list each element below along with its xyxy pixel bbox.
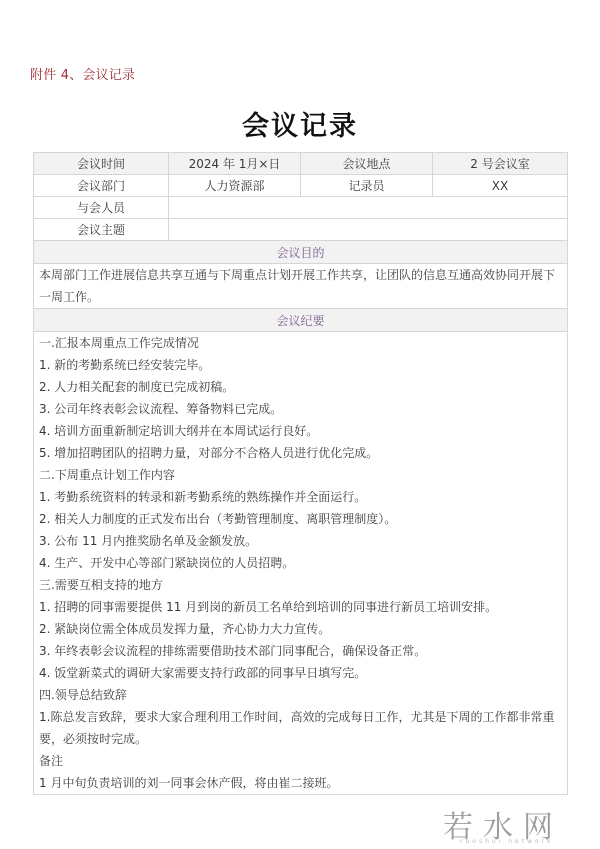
document-title: 会议记录 <box>0 104 600 143</box>
location-label: 会议地点 <box>301 153 433 175</box>
purpose-content-row: 本周部门工作进展信息共享互通与下周重点计划开展工作共享，让团队的信息互通高效协同… <box>34 264 568 309</box>
meeting-time-label: 会议时间 <box>34 153 169 175</box>
topic-label: 会议主题 <box>34 219 169 241</box>
list-item: 1. 考勤系统资料的转录和新考勤系统的熟练操作并全面运行。 <box>39 486 562 508</box>
notes-text: 1 月中旬负责培训的刘一同事会休产假，将由崔二接班。 <box>39 772 562 794</box>
department-value: 人力资源部 <box>169 175 301 197</box>
info-row-attendees: 与会人员 <box>34 197 568 219</box>
list-item: 3. 公司年终表彰会议流程、筹备物料已完成。 <box>39 398 562 420</box>
list-item: 3. 年终表彰会议流程的排练需要借助技术部门同事配合，确保设备正常。 <box>39 640 562 662</box>
section-title: 四.领导总结致辞 <box>39 684 562 706</box>
document-page: 附件 4、会议记录 会议记录 会议时间 2024 年 1月×日 会议地点 2 号… <box>0 0 600 849</box>
purpose-header-row: 会议目的 <box>34 241 568 264</box>
notes-label: 备注 <box>39 750 562 772</box>
list-item: 1. 招聘的同事需要提供 11 月到岗的新员工名单给到培训的同事进行新员工培训安… <box>39 596 562 618</box>
list-item: 4. 饭堂新菜式的调研大家需要支持行政部的同事早日填写完。 <box>39 662 562 684</box>
info-row-topic: 会议主题 <box>34 219 568 241</box>
meeting-record-table: 会议时间 2024 年 1月×日 会议地点 2 号会议室 会议部门 人力资源部 … <box>33 152 568 795</box>
purpose-text-cell: 本周部门工作进展信息共享互通与下周重点计划开展工作共享，让团队的信息互通高效协同… <box>34 264 568 309</box>
minutes-header: 会议纪要 <box>34 309 568 332</box>
minutes-text-cell: 一.汇报本周重点工作完成情况 1. 新的考勤系统已经安装完毕。 2. 人力相关配… <box>34 332 568 795</box>
minutes-header-row: 会议纪要 <box>34 309 568 332</box>
attendees-label: 与会人员 <box>34 197 169 219</box>
topic-value <box>169 219 568 241</box>
minutes-content-row: 一.汇报本周重点工作完成情况 1. 新的考勤系统已经安装完毕。 2. 人力相关配… <box>34 332 568 795</box>
recorder-label: 记录员 <box>301 175 433 197</box>
info-row-time-location: 会议时间 2024 年 1月×日 会议地点 2 号会议室 <box>34 153 568 175</box>
info-row-department-recorder: 会议部门 人力资源部 记录员 XX <box>34 175 568 197</box>
list-item: 4. 生产、开发中心等部门紧缺岗位的人员招聘。 <box>39 552 562 574</box>
list-item: 3. 公布 11 月内推奖励名单及金额发放。 <box>39 530 562 552</box>
purpose-text: 本周部门工作进展信息共享互通与下周重点计划开展工作共享，让团队的信息互通高效协同… <box>39 264 562 308</box>
list-item: 2. 紧缺岗位需全体成员发挥力量，齐心协力大力宣传。 <box>39 618 562 640</box>
attendees-value <box>169 197 568 219</box>
list-item: 2. 人力相关配套的制度已完成初稿。 <box>39 376 562 398</box>
recorder-value: XX <box>433 175 568 197</box>
meeting-time-value: 2024 年 1月×日 <box>169 153 301 175</box>
location-value: 2 号会议室 <box>433 153 568 175</box>
purpose-header: 会议目的 <box>34 241 568 264</box>
list-item: 5. 增加招聘团队的招聘力量，对部分不合格人员进行优化完成。 <box>39 442 562 464</box>
list-item: 1.陈总发言致辞，要求大家合理利用工作时间，高效的完成每日工作，尤其是下周的工作… <box>39 706 562 750</box>
list-item: 4. 培训方面重新制定培训大纲并在本周试运行良好。 <box>39 420 562 442</box>
watermark-subtext: ruoshui network <box>460 838 554 845</box>
section-title: 三.需要互相支持的地方 <box>39 574 562 596</box>
list-item: 2. 相关人力制度的正式发布出台（考勤管理制度、离职管理制度）。 <box>39 508 562 530</box>
section-title: 二.下周重点计划工作内容 <box>39 464 562 486</box>
department-label: 会议部门 <box>34 175 169 197</box>
section-title: 一.汇报本周重点工作完成情况 <box>39 332 562 354</box>
list-item: 1. 新的考勤系统已经安装完毕。 <box>39 354 562 376</box>
attachment-label: 附件 4、会议记录 <box>30 64 135 83</box>
